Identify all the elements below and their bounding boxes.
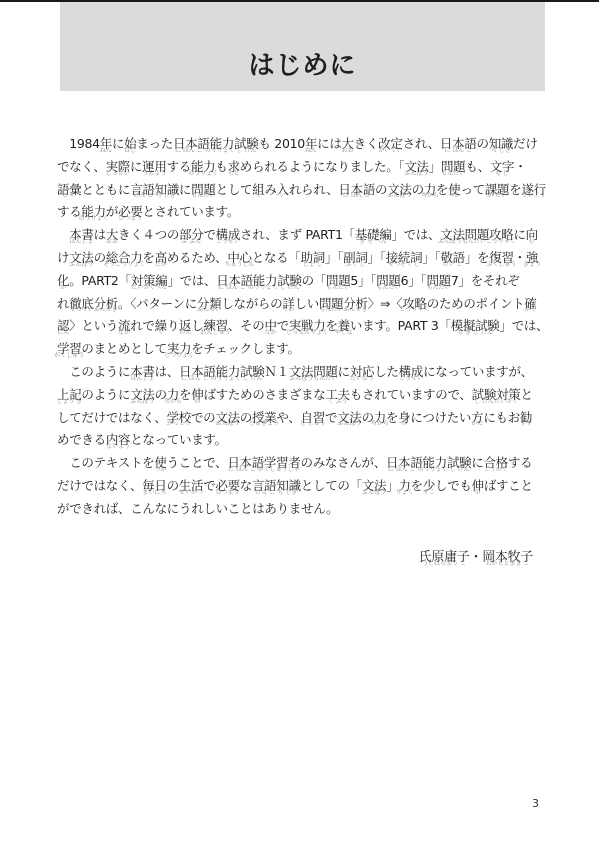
text-line: めできる内容ないようとなっています。 bbox=[57, 429, 546, 452]
segment-base-text: しでも bbox=[435, 478, 472, 493]
text-segment: 文法ぶんぽう bbox=[404, 156, 428, 175]
furigana-reading: じょう き bbox=[56, 398, 82, 405]
text-segment: 入い bbox=[277, 179, 289, 198]
text-line: け文法ぶんぽうの総合力そうごうりょくを高たかめるため、中心ちゅうしんとなる「助詞… bbox=[57, 247, 546, 270]
text-segment: としての「 bbox=[301, 475, 362, 494]
text-segment: 問題もんだい bbox=[441, 156, 465, 175]
segment-base-text: ばすためのさまざまな bbox=[203, 387, 325, 402]
text-segment: 伸の bbox=[472, 475, 484, 494]
text-segment: 合格ごうかく bbox=[484, 452, 508, 471]
text-segment: 大おお bbox=[342, 133, 354, 152]
segment-base-text: を bbox=[386, 410, 398, 425]
segment-base-text: な bbox=[240, 478, 252, 493]
segment-base-text: に bbox=[471, 455, 483, 470]
furigana-reading: に ほん ご がくしゅうしゃ bbox=[228, 466, 300, 473]
text-segment: 身み bbox=[398, 407, 410, 426]
furigana-reading: もんだい bbox=[191, 192, 215, 199]
furigana-reading: に ほん ご bbox=[444, 147, 472, 154]
segment-base-text: 〉という bbox=[69, 318, 118, 333]
furigana-reading: じっせんりょく bbox=[286, 329, 328, 336]
segment-base-text: きく４つの bbox=[118, 227, 179, 242]
segment-base-text: めるため、 bbox=[167, 250, 228, 265]
segment-base-text: とともに bbox=[81, 182, 130, 197]
segment-base-text: って bbox=[460, 182, 484, 197]
text-segment: 能力のうりょく bbox=[191, 156, 215, 175]
text-segment: 求もと bbox=[228, 156, 240, 175]
text-segment: だけではなく、 bbox=[57, 475, 142, 494]
furigana-reading: ふくしゅう bbox=[486, 261, 516, 268]
text-segment: な bbox=[240, 475, 252, 494]
text-segment: 対策編たいさくへん bbox=[131, 270, 168, 289]
furigana-reading: ぶんぽう bbox=[387, 192, 411, 199]
segment-base-text: ができれば、こんなにうれしいことはありません。 bbox=[57, 501, 338, 516]
text-segment: 問題もんだい bbox=[426, 270, 450, 289]
segment-base-text: され、 bbox=[403, 136, 440, 151]
text-segment: 文法ぶんぽう bbox=[69, 247, 93, 266]
text-segment: 流なが bbox=[118, 315, 130, 334]
text-segment: 知識ち しき bbox=[489, 133, 513, 152]
text-segment: 1984 bbox=[57, 133, 100, 152]
text-segment: 勧すす bbox=[520, 407, 532, 426]
furigana-reading: じつりょく bbox=[164, 352, 194, 359]
furigana-reading: ぶんぽうもんだい bbox=[289, 375, 337, 382]
text-segment: として bbox=[216, 179, 253, 198]
segment-base-text: のみなさんが、 bbox=[301, 455, 386, 470]
furigana-reading: ぶんぽう bbox=[337, 420, 361, 427]
text-segment: うことで、 bbox=[167, 452, 228, 471]
text-segment: は bbox=[94, 224, 106, 243]
text-segment: 認にん bbox=[57, 315, 69, 334]
text-segment: に bbox=[471, 452, 483, 471]
furigana-reading: じゅぎょう bbox=[249, 420, 279, 427]
text-segment: 7」をそれぞ bbox=[451, 270, 520, 289]
segment-base-text: だけ bbox=[513, 136, 537, 151]
text-segment: 対応たいおう bbox=[350, 361, 374, 380]
segment-base-text: うことで、 bbox=[167, 455, 228, 470]
segment-base-text: に bbox=[112, 136, 124, 151]
furigana-reading: こうせい bbox=[399, 375, 423, 382]
text-segment: 文法ぶんぽう bbox=[130, 384, 154, 403]
text-segment: 文法ぶんぽう bbox=[337, 407, 361, 426]
segment-base-text: 5」「 bbox=[350, 273, 376, 288]
furigana-reading: けい ご bbox=[443, 261, 463, 268]
segment-base-text: ・ bbox=[469, 550, 482, 565]
text-segment: 。〈パターンに bbox=[118, 293, 197, 312]
text-segment: の bbox=[477, 133, 489, 152]
text-segment: 副詞ふく し bbox=[343, 247, 367, 266]
furigana-reading: き そ へん bbox=[359, 238, 387, 245]
furigana-reading: すいこう bbox=[522, 192, 546, 199]
furigana-reading: そうごうりょく bbox=[103, 261, 145, 268]
text-segment: 問題分析もんだいぶんせき bbox=[319, 293, 368, 312]
text-segment: ・ bbox=[469, 546, 482, 565]
page-title: はじめに bbox=[248, 45, 356, 82]
segment-base-text: を bbox=[509, 182, 521, 197]
text-segment: めるため、 bbox=[167, 247, 228, 266]
text-segment: 6」「 bbox=[401, 270, 427, 289]
furigana-reading: うんよう bbox=[142, 170, 166, 177]
segment-base-text bbox=[57, 227, 69, 242]
segment-base-text: での bbox=[191, 410, 215, 425]
segment-base-text: り bbox=[167, 318, 179, 333]
segment-base-text: で bbox=[203, 227, 215, 242]
text-segment: 敬語けい ご bbox=[440, 247, 464, 266]
furigana-reading: こうせい bbox=[216, 238, 240, 245]
text-segment: 実戦力じっせんりょく bbox=[289, 315, 326, 334]
segment-base-text: 。PART2「 bbox=[69, 273, 131, 288]
furigana-reading: おお bbox=[342, 147, 354, 154]
text-segment: 課題か だい bbox=[485, 179, 509, 198]
segment-base-text: する bbox=[508, 455, 532, 470]
furigana-reading: じょ し bbox=[303, 261, 323, 268]
text-segment: での bbox=[191, 407, 215, 426]
text-segment: 試験対策し けんたいさく bbox=[472, 384, 521, 403]
segment-base-text: のためのポイント bbox=[427, 296, 525, 311]
furigana-reading: すこ bbox=[423, 489, 435, 496]
furigana-reading: たか bbox=[155, 261, 167, 268]
segment-base-text: や、 bbox=[276, 410, 300, 425]
segment-base-text: してだけではなく、 bbox=[57, 410, 167, 425]
text-segment: 自習じ しゅう bbox=[301, 407, 325, 426]
segment-base-text: を bbox=[179, 387, 191, 402]
furigana-reading: ごうかく bbox=[484, 466, 508, 473]
segment-base-text: にもお bbox=[483, 410, 520, 425]
text-segment: ばすためのさまざまな bbox=[203, 384, 325, 403]
furigana-reading: きょう bbox=[523, 261, 541, 268]
furigana-reading: もんだい bbox=[326, 284, 350, 291]
text-segment: を bbox=[411, 475, 423, 494]
text-segment: 助詞じょ し bbox=[301, 247, 325, 266]
furigana-reading: の bbox=[475, 489, 481, 496]
text-segment: ・ bbox=[514, 156, 526, 175]
furigana-reading: たいおう bbox=[350, 375, 374, 382]
text-segment: 実力じつりょく bbox=[167, 338, 191, 357]
text-segment: しい bbox=[295, 293, 319, 312]
segment-base-text: このように bbox=[57, 364, 130, 379]
text-segment: 。PART2「 bbox=[69, 270, 131, 289]
text-segment: 力ちから bbox=[167, 384, 179, 403]
text-segment: され、まず PART1「 bbox=[240, 224, 355, 243]
segment-base-text: け bbox=[57, 250, 69, 265]
furigana-reading: ひつよう bbox=[118, 215, 142, 222]
furigana-reading: たいさくへん bbox=[131, 284, 167, 291]
furigana-reading: も じ bbox=[495, 170, 509, 177]
text-segment: 総合力そうごうりょく bbox=[106, 247, 143, 266]
furigana-reading: ち しき bbox=[491, 147, 511, 154]
segment-base-text: 6」「 bbox=[401, 273, 427, 288]
text-segment: を bbox=[142, 247, 154, 266]
furigana-reading: もんだい bbox=[441, 170, 465, 177]
text-segment: 日本語に ほん ご bbox=[440, 133, 477, 152]
furigana-reading: く ふう bbox=[328, 398, 348, 405]
furigana-reading: み bbox=[401, 420, 407, 427]
furigana-reading: かえ bbox=[179, 329, 191, 336]
text-segment: 接続詞せつぞく し bbox=[386, 247, 423, 266]
text-segment: 返かえ bbox=[179, 315, 191, 334]
segment-base-text: も 2010 bbox=[258, 136, 305, 151]
furigana-reading: ぶんぽう bbox=[362, 489, 386, 496]
segment-base-text: となっています。 bbox=[130, 432, 227, 447]
text-segment: に bbox=[130, 156, 142, 175]
segment-base-text: が bbox=[106, 204, 118, 219]
furigana-reading: ご い bbox=[62, 192, 76, 199]
text-segment: 」では、 bbox=[500, 315, 549, 334]
text-segment: 日本語能力試験に ほん ご のうりょく し けん bbox=[173, 133, 258, 152]
text-segment: 〉という bbox=[69, 315, 118, 334]
text-segment: り bbox=[167, 315, 179, 334]
segment-base-text: 。〈パターンに bbox=[118, 296, 197, 311]
text-segment: も、 bbox=[465, 156, 489, 175]
text-segment: 少すこ bbox=[423, 475, 435, 494]
text-segment: み bbox=[264, 179, 276, 198]
text-segment: 日本語に ほん ご bbox=[338, 179, 375, 198]
text-segment: 組く bbox=[252, 179, 264, 198]
furigana-reading: れんしゅう bbox=[201, 329, 231, 336]
furigana-reading: に ほん ご のうりょく し けん bbox=[175, 147, 257, 154]
text-line: する能力のうりょくが必要ひつようとされています。 bbox=[57, 201, 546, 224]
segment-base-text: で bbox=[203, 478, 215, 493]
segment-base-text: を bbox=[142, 250, 154, 265]
text-segment: け bbox=[57, 247, 69, 266]
furigana-reading: ぶんぽうもんだいこうりゃく bbox=[438, 238, 516, 245]
segment-base-text: とされています。 bbox=[142, 204, 239, 219]
segment-base-text: れで bbox=[130, 318, 154, 333]
furigana-reading: ひつよう bbox=[216, 489, 240, 496]
segment-base-text: めできる bbox=[57, 432, 106, 447]
text-segment: 言語知識げん ご ち しき bbox=[252, 475, 301, 494]
text-line: 学習がくしゅうのまとめとして実力じつりょくをチェックします。 bbox=[57, 338, 546, 361]
authors-line: 氏原庸子うじはらよう こ・岡本牧子おかもとまき こ bbox=[419, 546, 533, 570]
text-segment: 構成こうせい bbox=[216, 224, 240, 243]
text-segment: 日本語能力試験に ほん ご のうりょく し けん bbox=[179, 361, 264, 380]
text-segment: 学校がっこう bbox=[167, 407, 191, 426]
text-segment: 練習れんしゅう bbox=[203, 315, 227, 334]
text-segment: しでも bbox=[435, 475, 472, 494]
furigana-reading: し けんたいさく bbox=[474, 398, 518, 405]
text-segment: 文法ぶんぽう bbox=[387, 179, 411, 198]
segment-base-text: ・ bbox=[514, 159, 526, 174]
text-segment: 問題もんだい bbox=[326, 270, 350, 289]
text-segment: 力ちから bbox=[374, 407, 386, 426]
segment-base-text: され、まず PART1「 bbox=[240, 227, 355, 242]
furigana-reading: む bbox=[529, 238, 535, 245]
segment-base-text: をチェックします。 bbox=[191, 341, 299, 356]
text-segment: で bbox=[203, 475, 215, 494]
furigana-reading: ほんしょ bbox=[69, 238, 93, 245]
text-segment: 日本語学習者に ほん ご がくしゅうしゃ bbox=[227, 452, 300, 471]
furigana-reading: かいてい bbox=[378, 147, 402, 154]
text-segment: にもお bbox=[483, 407, 520, 426]
text-segment: 毎日まいにち bbox=[142, 475, 166, 494]
text-segment: とともに bbox=[81, 179, 130, 198]
furigana-reading: かく bbox=[524, 306, 536, 313]
text-segment: 中なか bbox=[264, 315, 276, 334]
text-segment: で bbox=[203, 224, 215, 243]
text-segment: に bbox=[112, 133, 124, 152]
text-segment: れで bbox=[130, 315, 154, 334]
segment-base-text: もされていますので、 bbox=[350, 387, 472, 402]
segment-base-text: 」では、 bbox=[500, 318, 549, 333]
furigana-reading: がくしゅう bbox=[54, 352, 84, 359]
segment-base-text: としての「 bbox=[301, 478, 362, 493]
text-segment: 日本語能力試験に ほん ご のうりょく し けん bbox=[386, 452, 471, 471]
furigana-reading: もんだいぶんせき bbox=[319, 306, 367, 313]
segment-base-text: 」「 bbox=[422, 250, 440, 265]
segment-base-text: 」「 bbox=[368, 250, 386, 265]
segment-base-text: み bbox=[264, 182, 276, 197]
furigana-reading: てっていぶんせき bbox=[70, 306, 118, 313]
text-segment: になっていますが、 bbox=[423, 361, 533, 380]
text-segment: 文法問題ぶんぽうもんだい bbox=[289, 361, 338, 380]
furigana-reading: もんだい bbox=[376, 284, 400, 291]
text-segment: 実際じっさい bbox=[106, 156, 130, 175]
text-segment: 能力のうりょく bbox=[81, 201, 105, 220]
text-segment: 繰く bbox=[155, 315, 167, 334]
text-line: 語彙ご いとともに言語知識げん ご ち しきに問題もんだいとして組くみ入いれられ… bbox=[57, 179, 546, 202]
text-segment: となる「 bbox=[252, 247, 301, 266]
text-segment: 始はじ bbox=[124, 133, 136, 152]
furigana-reading: ぶんるい bbox=[197, 306, 221, 313]
text-segment: され、 bbox=[403, 133, 440, 152]
text-line: してだけではなく、学校がっこうでの文法ぶんぽうの授業じゅぎょうや、自習じ しゅう… bbox=[57, 407, 546, 430]
furigana-reading: おお bbox=[106, 238, 118, 245]
segment-base-text: で bbox=[325, 410, 337, 425]
text-segment: 本書ほんしょ bbox=[69, 224, 93, 243]
text-segment: 語彙ご い bbox=[57, 179, 81, 198]
body-text: 1984 年ねんに始はじまった日本語能力試験に ほん ご のうりょく し けんも… bbox=[57, 133, 546, 521]
text-segment: 詳くわ bbox=[282, 293, 294, 312]
text-segment: 強きょう bbox=[526, 247, 538, 266]
text-segment: で bbox=[325, 407, 337, 426]
text-line: れ徹底分析てっていぶんせき。〈パターンに分類ぶんるいしながらの詳くわしい問題分析… bbox=[57, 293, 546, 316]
segment-base-text: を bbox=[411, 478, 423, 493]
segment-base-text: の「 bbox=[302, 273, 326, 288]
text-segment: 運用うんよう bbox=[142, 156, 166, 175]
text-segment: 中心ちゅうしん bbox=[227, 247, 251, 266]
text-segment: 大おお bbox=[106, 224, 118, 243]
text-segment: してだけではなく、 bbox=[57, 407, 167, 426]
text-segment: が bbox=[106, 201, 118, 220]
segment-base-text: まった bbox=[136, 136, 173, 151]
segment-base-text: このテキストを bbox=[57, 455, 154, 470]
text-segment: 問題もんだい bbox=[191, 179, 215, 198]
segment-base-text: ばすこと bbox=[484, 478, 533, 493]
furigana-reading: ねん bbox=[100, 147, 112, 154]
furigana-reading: に ほん ご bbox=[343, 192, 371, 199]
text-line: 認にん〉という流ながれで繰くり返かえし練習れんしゅう、その中なかで実戦力じっせん… bbox=[57, 315, 546, 338]
furigana-reading: せいかつ bbox=[179, 489, 203, 496]
segment-base-text: います。PART 3「 bbox=[350, 318, 451, 333]
text-segment: このテキストを bbox=[57, 452, 154, 471]
text-segment bbox=[57, 224, 69, 243]
furigana-reading: ちゅうしん bbox=[225, 261, 255, 268]
segment-base-text: に bbox=[179, 182, 191, 197]
segment-base-text: れられ、 bbox=[289, 182, 339, 197]
text-segment: 構成こうせい bbox=[399, 361, 423, 380]
text-segment: 年ねん bbox=[100, 133, 112, 152]
furigana-reading: がっこう bbox=[167, 420, 191, 427]
furigana-reading: に ほん ご のうりょく し けん bbox=[181, 375, 263, 382]
text-segment: 必要ひつよう bbox=[118, 201, 142, 220]
segment-base-text: められるようになりました。「 bbox=[240, 159, 405, 174]
text-line: ができれば、こんなにうれしいことはありません。 bbox=[57, 498, 546, 521]
segment-base-text: のまとめとして bbox=[81, 341, 166, 356]
furigana-reading: はじ bbox=[124, 147, 136, 154]
furigana-reading: もと bbox=[228, 170, 240, 177]
text-segment: 分類ぶんるい bbox=[197, 293, 221, 312]
furigana-reading: かた bbox=[471, 420, 483, 427]
text-segment: の bbox=[375, 179, 387, 198]
furigana-reading: ぶ ぶん bbox=[181, 238, 201, 245]
text-segment: 、その bbox=[228, 315, 265, 334]
segment-base-text: に bbox=[513, 227, 525, 242]
furigana-reading: つか bbox=[154, 466, 166, 473]
furigana-reading: ほんしょ bbox=[130, 375, 154, 382]
text-segment: 遂行すいこう bbox=[521, 179, 545, 198]
text-line: だけではなく、毎日まいにちの生活せいかつで必要ひつような言語知識げん ご ち し… bbox=[57, 475, 546, 498]
text-segment: って bbox=[460, 179, 484, 198]
furigana-reading: まいにち bbox=[142, 489, 166, 496]
furigana-reading: のうりょく bbox=[79, 215, 109, 222]
segment-base-text: に bbox=[130, 159, 142, 174]
text-segment: 」「 bbox=[325, 247, 343, 266]
text-segment: と bbox=[520, 384, 532, 403]
text-segment: となっています。 bbox=[130, 429, 227, 448]
text-segment: を bbox=[386, 407, 398, 426]
text-line: このように本書ほんしょは、日本語能力試験に ほん ご のうりょく し けんＮ１文… bbox=[57, 361, 546, 384]
text-segment: 徹底分析てっていぶんせき bbox=[69, 293, 118, 312]
furigana-reading: にん bbox=[57, 329, 69, 336]
furigana-reading: ねん bbox=[305, 147, 317, 154]
text-segment: めできる bbox=[57, 429, 106, 448]
text-segment: 必要ひつよう bbox=[215, 475, 239, 494]
text-segment: 生活せいかつ bbox=[179, 475, 203, 494]
text-segment: 力りょく bbox=[398, 475, 410, 494]
text-segment: する bbox=[508, 452, 532, 471]
text-segment: を bbox=[436, 179, 448, 198]
text-segment: ができれば、こんなにうれしいことはありません。 bbox=[57, 498, 338, 517]
text-segment: 改定かいてい bbox=[378, 133, 402, 152]
segment-base-text: と bbox=[520, 387, 532, 402]
text-segment: います。PART 3「 bbox=[350, 315, 451, 334]
segment-base-text: 」「 bbox=[325, 250, 343, 265]
document-page: はじめに 1984 年ねんに始はじまった日本語能力試験に ほん ご のうりょく … bbox=[0, 0, 600, 846]
text-segment: 」 bbox=[429, 156, 441, 175]
text-segment: このように bbox=[57, 361, 130, 380]
segment-base-text: でなく、 bbox=[57, 159, 106, 174]
text-segment: 」では、 bbox=[167, 270, 216, 289]
segment-base-text: 1984 bbox=[57, 136, 100, 151]
furigana-reading: ぶんぽう bbox=[405, 170, 429, 177]
text-segment: に bbox=[179, 179, 191, 198]
text-segment: しながらの bbox=[221, 293, 282, 312]
text-line: 化か。PART2「対策編たいさくへん」では、日本語能力試験に ほん ご のうりょ… bbox=[57, 270, 546, 293]
segment-base-text: につけたい bbox=[410, 410, 471, 425]
furigana-reading: ぶんぽう bbox=[130, 398, 154, 405]
segment-base-text: も bbox=[215, 159, 227, 174]
furigana-reading: おかもとまき こ bbox=[486, 560, 530, 567]
text-segment: 文法問題攻略ぶんぽうもんだいこうりゃく bbox=[440, 224, 513, 243]
segment-base-text: の bbox=[167, 478, 179, 493]
text-segment: も 2010 bbox=[258, 133, 305, 152]
text-segment: のまとめとして bbox=[81, 338, 166, 357]
furigana-reading: くわ bbox=[282, 306, 294, 313]
furigana-reading: こうりゃく bbox=[400, 306, 430, 313]
segment-base-text: しながらの bbox=[221, 296, 282, 311]
text-segment: だけ bbox=[513, 133, 537, 152]
text-segment: 復習ふくしゅう bbox=[489, 247, 513, 266]
text-segment: 内容ないよう bbox=[106, 429, 130, 448]
